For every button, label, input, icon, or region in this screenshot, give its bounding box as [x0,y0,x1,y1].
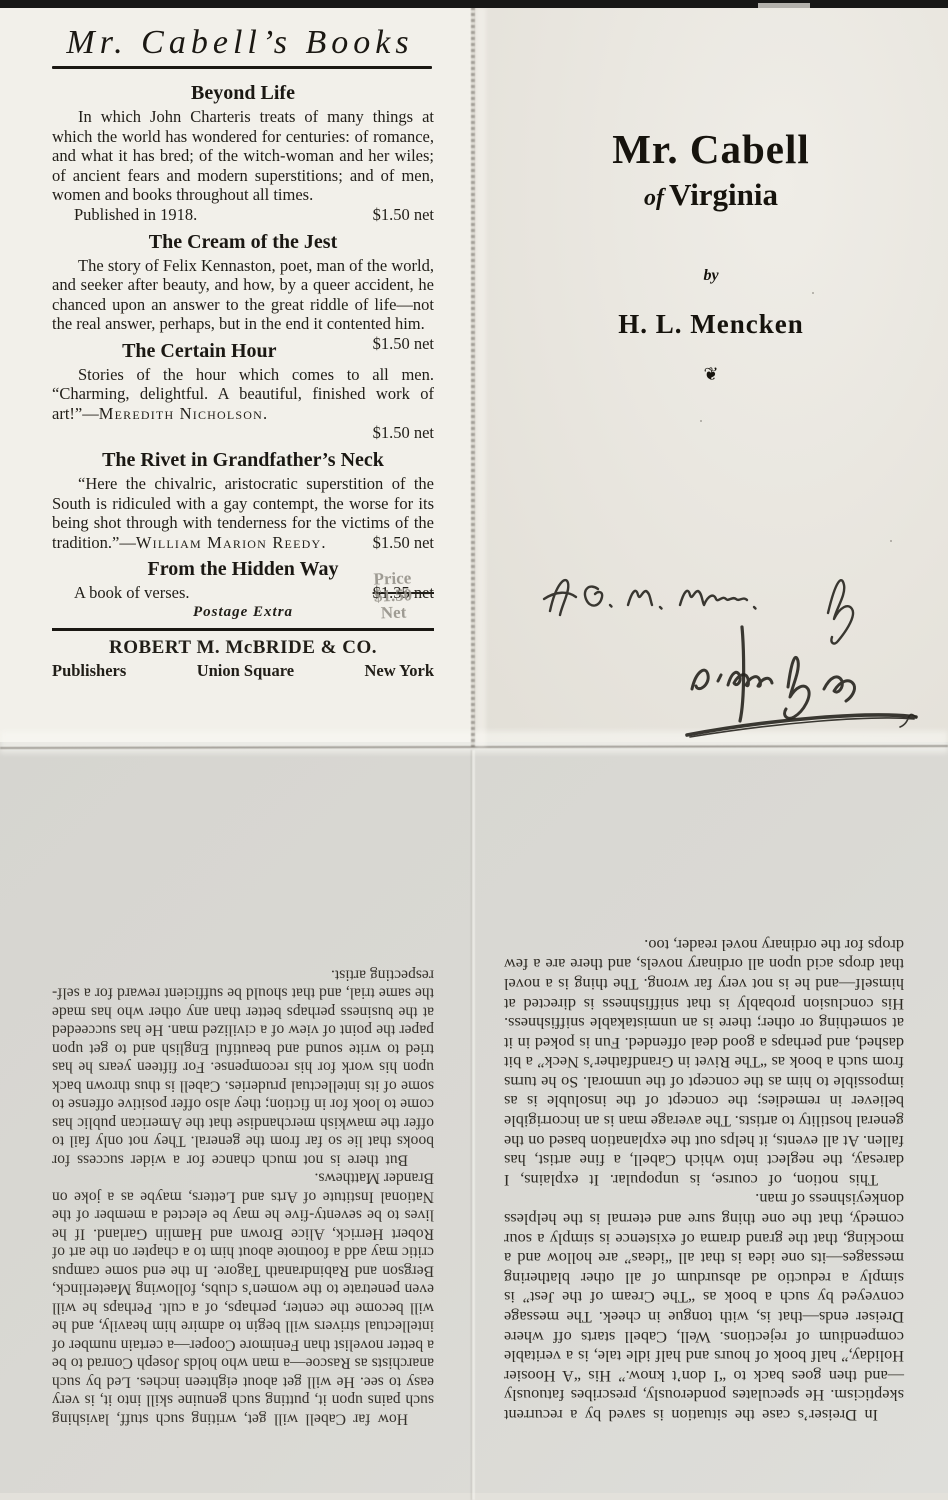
book-entry-cream-of-the-jest: The Cream of the Jest The story of Felix… [52,231,434,334]
book-entry-rivet-grandfathers-neck: The Rivet in Grandfather’s Neck “Here th… [52,449,434,552]
title-page: Mr. Cabell ofVirginia by H. L. Mencken ❦ [474,7,948,749]
subtitle-place: Virginia [669,177,778,212]
publisher-address: Union Square [197,661,294,681]
advert-title-rule [52,66,432,69]
paragraph: This notion, of course, is unpopular. It… [504,935,904,1190]
publisher-role: Publishers [52,661,126,681]
book-price-row: Published in 1918. $1.50 net [52,205,434,225]
book-description: “Here the chivalric, aristocratic supers… [52,474,434,552]
advert-book-list: Beyond Life In which John Charteris trea… [52,76,434,681]
paragraph: But there is not much chance for a wider… [52,965,434,1169]
book-title: The Rivet in Grandfather’s Neck [52,449,434,472]
pamphlet-subtitle: ofVirginia [474,177,948,213]
publisher-rule [52,628,434,631]
byline-label: by [474,267,948,285]
book-title: The Cream of the Jest [52,231,434,254]
scanned-pamphlet: Mr. Cabell’s Books Beyond Life In which … [0,0,948,1500]
vertical-fold-crease-bottom [472,750,475,1500]
publisher-address-row: Publishers Union Square New York [52,661,434,681]
stamp-line: Net [381,603,407,623]
pamphlet-title: Mr. Cabell [474,125,948,173]
book-description: Stories of the hour which comes to all m… [52,365,434,424]
publisher-name: ROBERT M. McBRIDE & CO. [52,637,434,659]
back-page-left-column: How far Cabell will get, writing such st… [52,965,434,1428]
review-attribution: Meredith Nicholson. [99,404,269,423]
back-page-right-column: In Dreiser’s case the situation is saved… [504,935,904,1425]
fleuron-ornament-icon: ❦ [474,364,948,385]
book-price: $1.50 net [347,334,434,354]
handwriting-strokes [532,549,932,749]
book-price: $1.50 net [52,423,434,443]
book-price: $1.50 net [373,205,434,225]
book-description: The story of Felix Kennaston, poet, man … [52,256,434,334]
price-change-stamp: Price $1.50 Net [347,568,439,622]
book-description: A book of verses. [74,583,189,603]
paragraph: How far Cabell will get, writing such st… [52,1168,434,1427]
book-entry-certain-hour: The Certain Hour Stories of the hour whi… [52,340,434,444]
book-description: In which John Charteris treats of many t… [52,107,434,205]
book-price-row: A book of verses. $1.35 net Price $1.50 … [52,583,434,603]
author-name: H. L. Mencken [474,309,948,340]
published-note: Published in 1918. [74,205,197,225]
book-entry-from-the-hidden-way: From the Hidden Way A book of verses. $1… [52,558,434,621]
book-price: $1.50 net [347,533,434,553]
book-title: Beyond Life [52,82,434,105]
review-attribution: William Marion Reedy. [136,533,327,552]
book-entry-beyond-life: Beyond Life In which John Charteris trea… [52,82,434,225]
subtitle-of: of [644,185,664,211]
publisher-city: New York [364,661,434,681]
book-description-text: The story of Felix Kennaston, poet, man … [52,256,434,334]
handwritten-inscription [532,549,932,749]
advert-page-title: Mr. Cabell’s Books [28,24,452,62]
paragraph: In Dreiser’s case the situation is saved… [504,1190,904,1425]
